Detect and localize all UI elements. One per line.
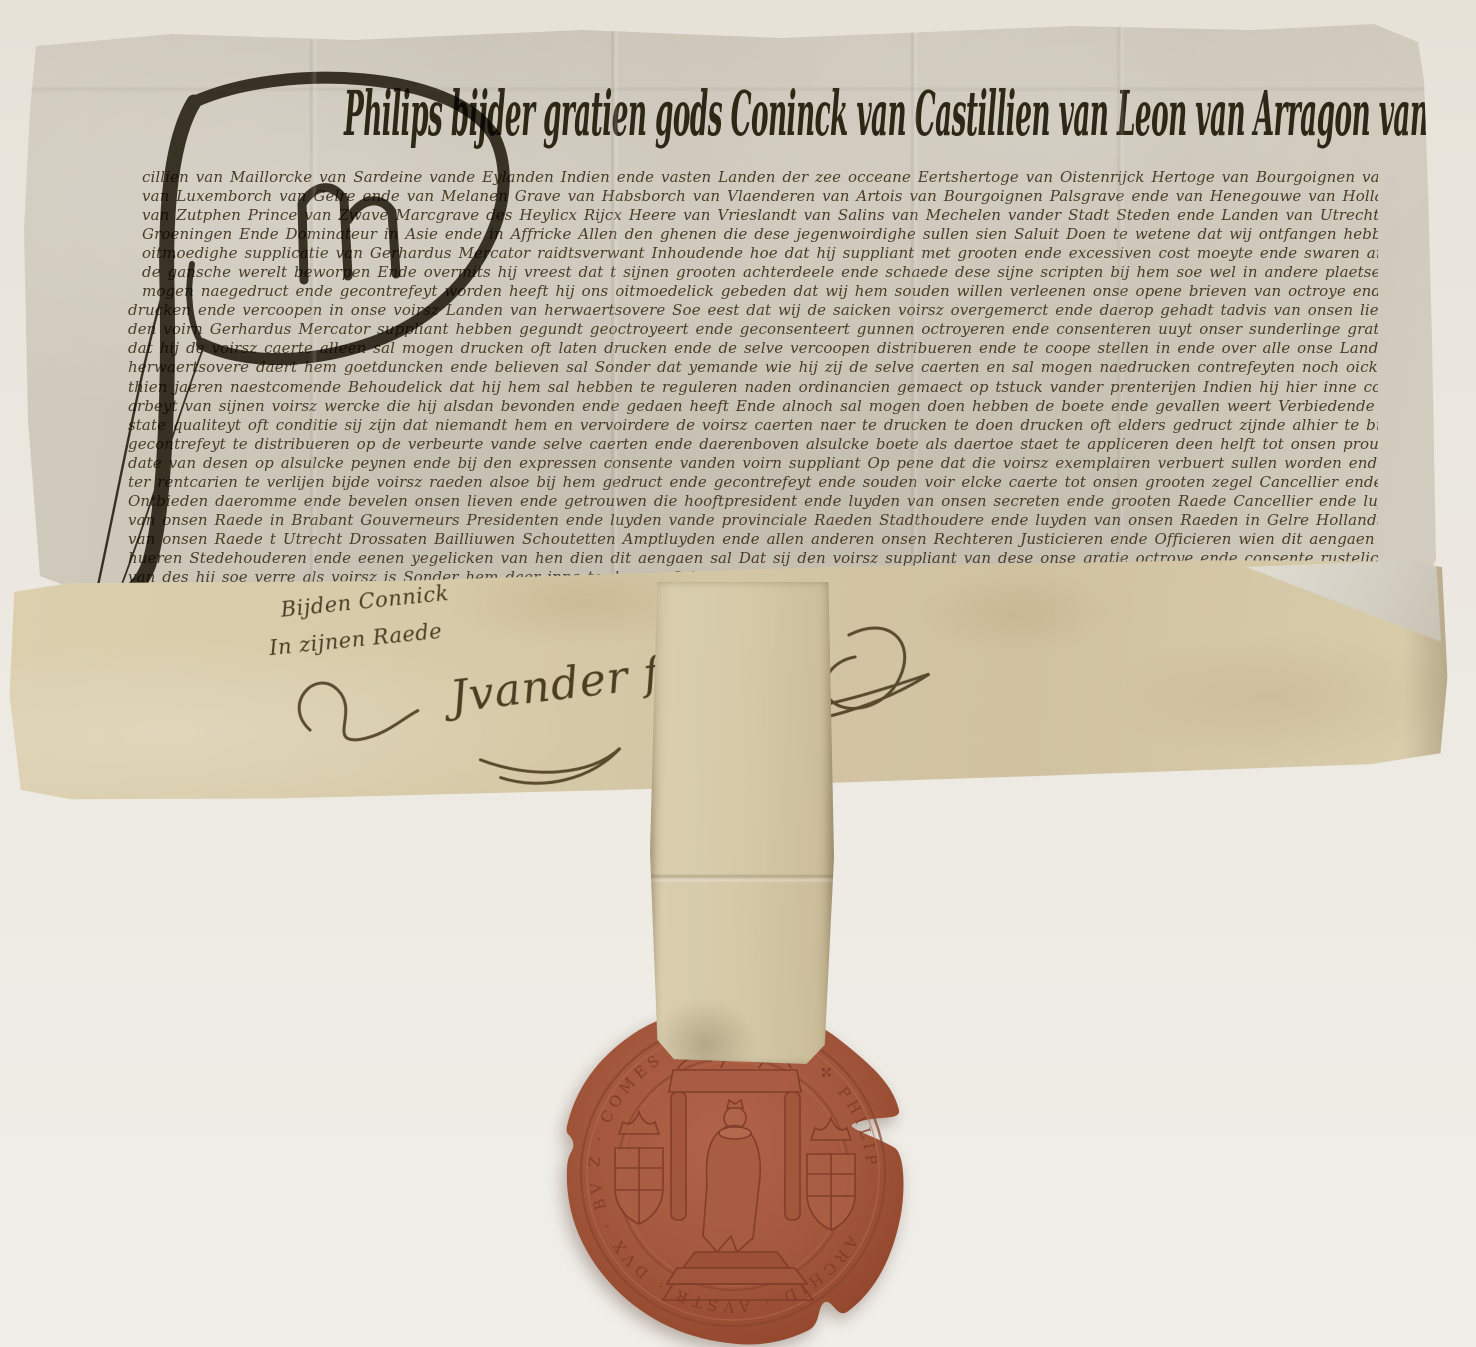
manuscript-text-line: van Luxemborch van Gelre ende van Melane… (142, 187, 1378, 206)
seal-left-shield (615, 1112, 663, 1224)
seal-right-shield (807, 1118, 855, 1230)
manuscript-text-line: de gansche werelt beworpen Ende overmits… (142, 263, 1378, 282)
manuscript-text-line: date van desen op alsulcke peynen ende b… (128, 454, 1378, 473)
manuscript-text-line: herwaertsovere daert hem goetduncken end… (128, 358, 1378, 377)
manuscript-text-line: Groeningen Ende Dominateur in Asie ende … (142, 225, 1378, 244)
manuscript-text-line: thien jaeren naestcomende Behoudelick da… (128, 378, 1378, 397)
manuscript-text-line: den voirn Gerhardus Mercator suppliant h… (128, 320, 1378, 339)
manuscript-text-line: van onsen Raede t Utrecht Drossaten Bail… (128, 530, 1378, 549)
manuscript-body: cillien van Maillorcke van Sardeine vand… (22, 168, 1436, 625)
manuscript-text-line: dat hij de voirsz caerte alleen sal moge… (128, 339, 1378, 358)
manuscript-text-line: state qualiteyt oft conditie sij zijn da… (128, 416, 1378, 435)
manuscript-text-line: cillien van Maillorcke van Sardeine vand… (142, 168, 1378, 187)
plica-corner-fold (1246, 559, 1441, 648)
manuscript-text-line: van onsen Raede in Brabant Gouverneurs P… (128, 511, 1378, 530)
manuscript-text-line: gecontrefeyt te distribueren op de verbe… (128, 435, 1378, 454)
manuscript-text-line: mogen naegedruct ende gecontrefeyt worde… (142, 282, 1378, 301)
manuscript-text-line: van Zutphen Prince van Zwave Marcgrave d… (142, 206, 1378, 225)
endorsement-by-the-king: Bijden Connick (280, 581, 450, 622)
manuscript-text-line: oitmoedighe supplicatie van Gerhardus Me… (142, 244, 1378, 263)
manuscript-text-line: Ontbieden daeromme ende bevelen onsen li… (128, 492, 1378, 511)
folio-corner-mark: 3 (1429, 753, 1443, 774)
manuscript-text-line: drucken ende vercoopen in onse voirsz La… (128, 301, 1378, 320)
endorsement-in-council: In zijnen Raede (268, 619, 443, 660)
charter-parchment: Philips bijder gratien gods Coninck van … (22, 20, 1436, 596)
manuscript-text-line: arbeyt van sijnen voirsz wercke die hij … (128, 397, 1378, 416)
manuscript-text-line: ter rentcarien te verlijen bijde voirsz … (128, 473, 1378, 492)
seal-tag (650, 582, 834, 1064)
photograph-background: Philips bijder gratien gods Coninck van … (0, 0, 1476, 1347)
